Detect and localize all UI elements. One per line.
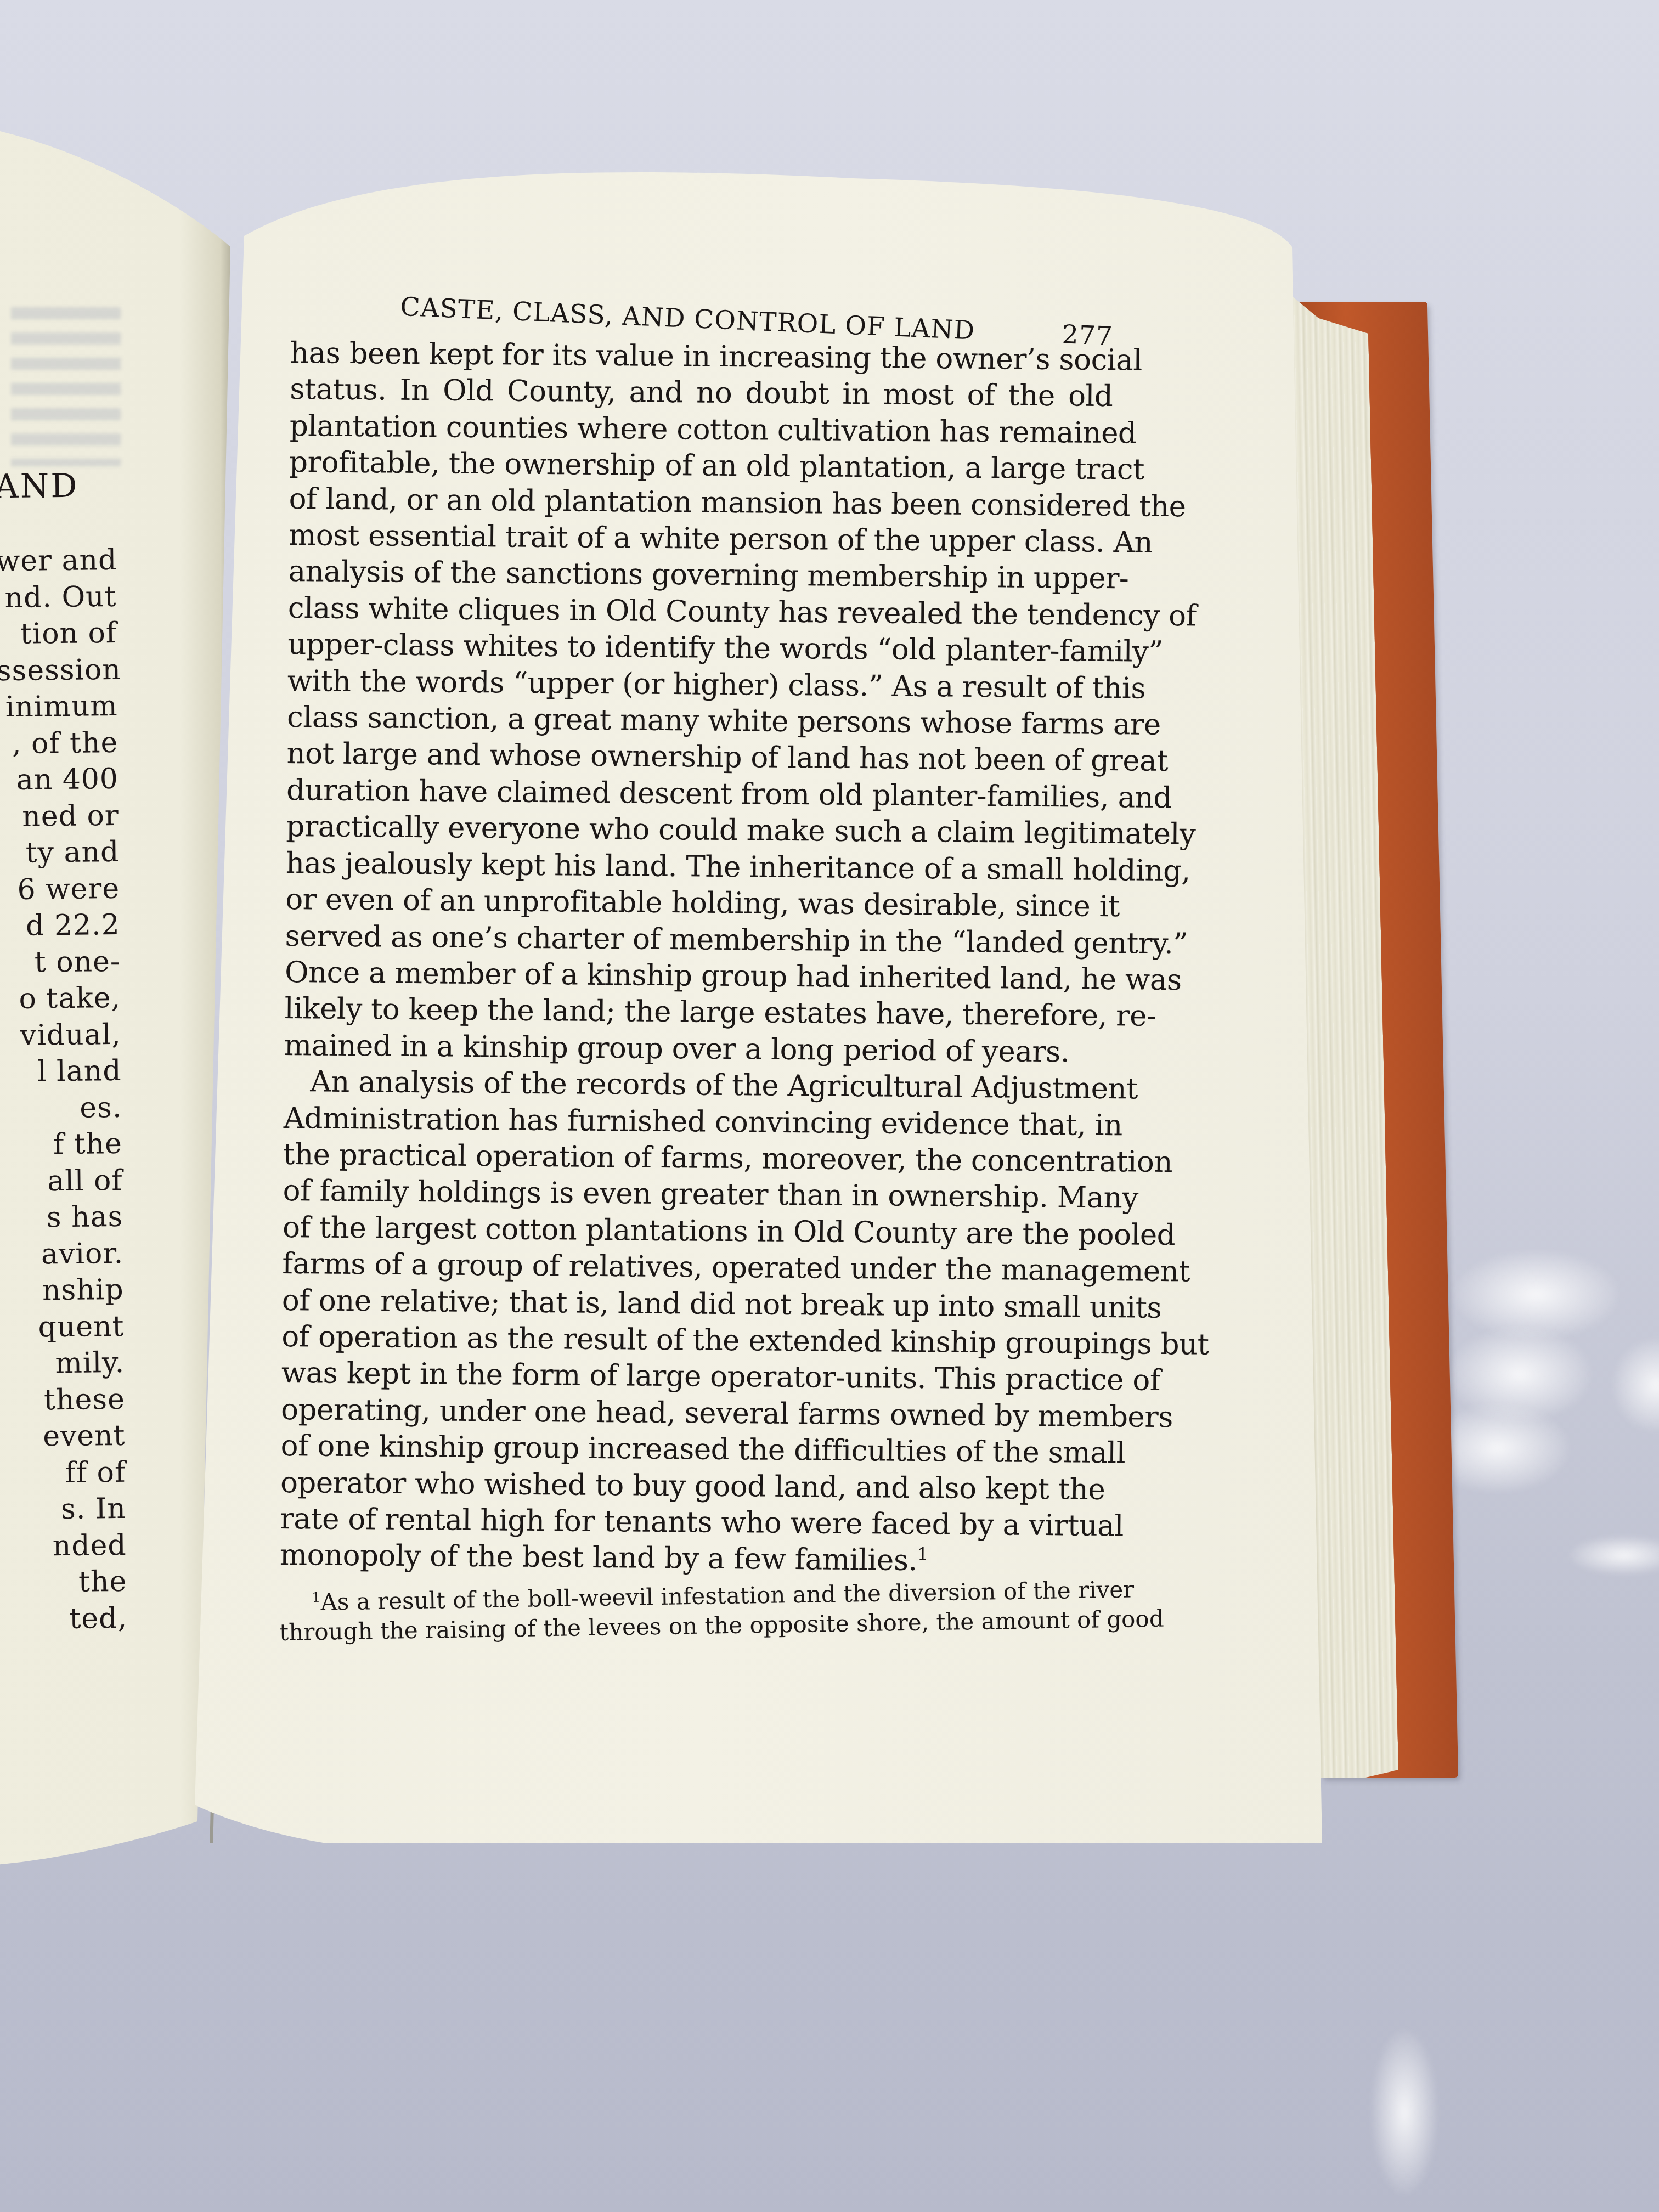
text-fragment: tion of	[0, 615, 117, 653]
text-fragment: wer and	[0, 542, 116, 580]
text-fragment: vidual,	[1, 1016, 122, 1054]
text-fragment: s has	[2, 1199, 123, 1237]
text-line: monopoly of the best land by a few famil…	[280, 1537, 1103, 1581]
text-line: upper-class whites to identify the words…	[287, 627, 1111, 670]
text-fragment: d 22.2	[0, 907, 120, 945]
text-fragment: f the	[2, 1126, 123, 1164]
footnote-marker: 1	[312, 1589, 320, 1605]
text-line-content: monopoly of the best land by a few famil…	[280, 1538, 917, 1577]
text-fragment: nd. Out	[0, 578, 117, 616]
text-fragment: these	[4, 1381, 125, 1419]
paragraph-2: An analysis of the records of the Agricu…	[280, 1064, 1107, 1581]
text-fragment: quent	[3, 1308, 125, 1346]
footnote-reference: 1	[917, 1544, 928, 1565]
text-line: of family holdings is even greater than …	[283, 1173, 1106, 1216]
text-line: farms of a group of relatives, operated …	[282, 1246, 1105, 1289]
text-fragment: ted,	[7, 1600, 128, 1638]
text-line: was kept in the form of large operator-u…	[281, 1355, 1104, 1398]
table-reflection	[1569, 1536, 1659, 1575]
text-fragment: t one-	[0, 943, 121, 981]
paragraph-1: has been kept for its value in increasin…	[284, 335, 1114, 1071]
text-fragment: all of	[2, 1162, 123, 1200]
text-fragment: s. In	[5, 1491, 127, 1528]
table-reflection	[1372, 2030, 1437, 2194]
text-fragment: mily.	[4, 1345, 125, 1383]
text-fragment: an 400	[0, 761, 119, 799]
text-fragment: l land	[1, 1053, 122, 1091]
table-reflection	[1454, 1251, 1618, 1339]
text-line: profitable, the ownership of an old plan…	[289, 444, 1113, 488]
chapter-heading-fragment: AND	[0, 466, 116, 506]
text-fragment: ssession	[0, 651, 117, 689]
page-number: 277	[1062, 319, 1114, 352]
footnote: 1As a result of the boll-weevil infestat…	[279, 1575, 1103, 1647]
left-page-text: AND wer and nd. Out tion of ssession ini…	[0, 466, 127, 1638]
text-line: of one kinship group increased the diffi…	[280, 1428, 1104, 1471]
text-fragment: nded	[5, 1527, 127, 1565]
text-line: likely to keep the land; the large estat…	[284, 991, 1108, 1034]
photo-scene: AND wer and nd. Out tion of ssession ini…	[0, 0, 1659, 2212]
text-fragment: the	[6, 1564, 127, 1601]
text-fragment: ty and	[0, 834, 120, 872]
text-line: practically everyone who could make such…	[286, 809, 1109, 852]
text-fragment: inimum	[0, 688, 118, 726]
text-fragment: 6 were	[0, 870, 120, 908]
table-reflection	[1613, 1339, 1659, 1432]
text-fragment: es.	[1, 1089, 122, 1127]
text-line: An analysis of the records of the Agricu…	[284, 1064, 1107, 1107]
text-fragment: avior.	[3, 1235, 124, 1273]
text-line: or even of an unprofitable holding, was …	[285, 882, 1109, 925]
text-fragment: nship	[3, 1272, 124, 1310]
text-fragment: ned or	[0, 797, 119, 835]
right-page-text: CASTE, CLASS, AND CONTROL OF LAND 277 ha…	[279, 291, 1114, 1655]
text-fragment: event	[4, 1418, 126, 1455]
text-fragment: ff of	[5, 1454, 126, 1492]
show-through-text	[11, 307, 121, 466]
text-fragment: o take,	[0, 980, 121, 1018]
text-fragment: , of the	[0, 724, 119, 762]
